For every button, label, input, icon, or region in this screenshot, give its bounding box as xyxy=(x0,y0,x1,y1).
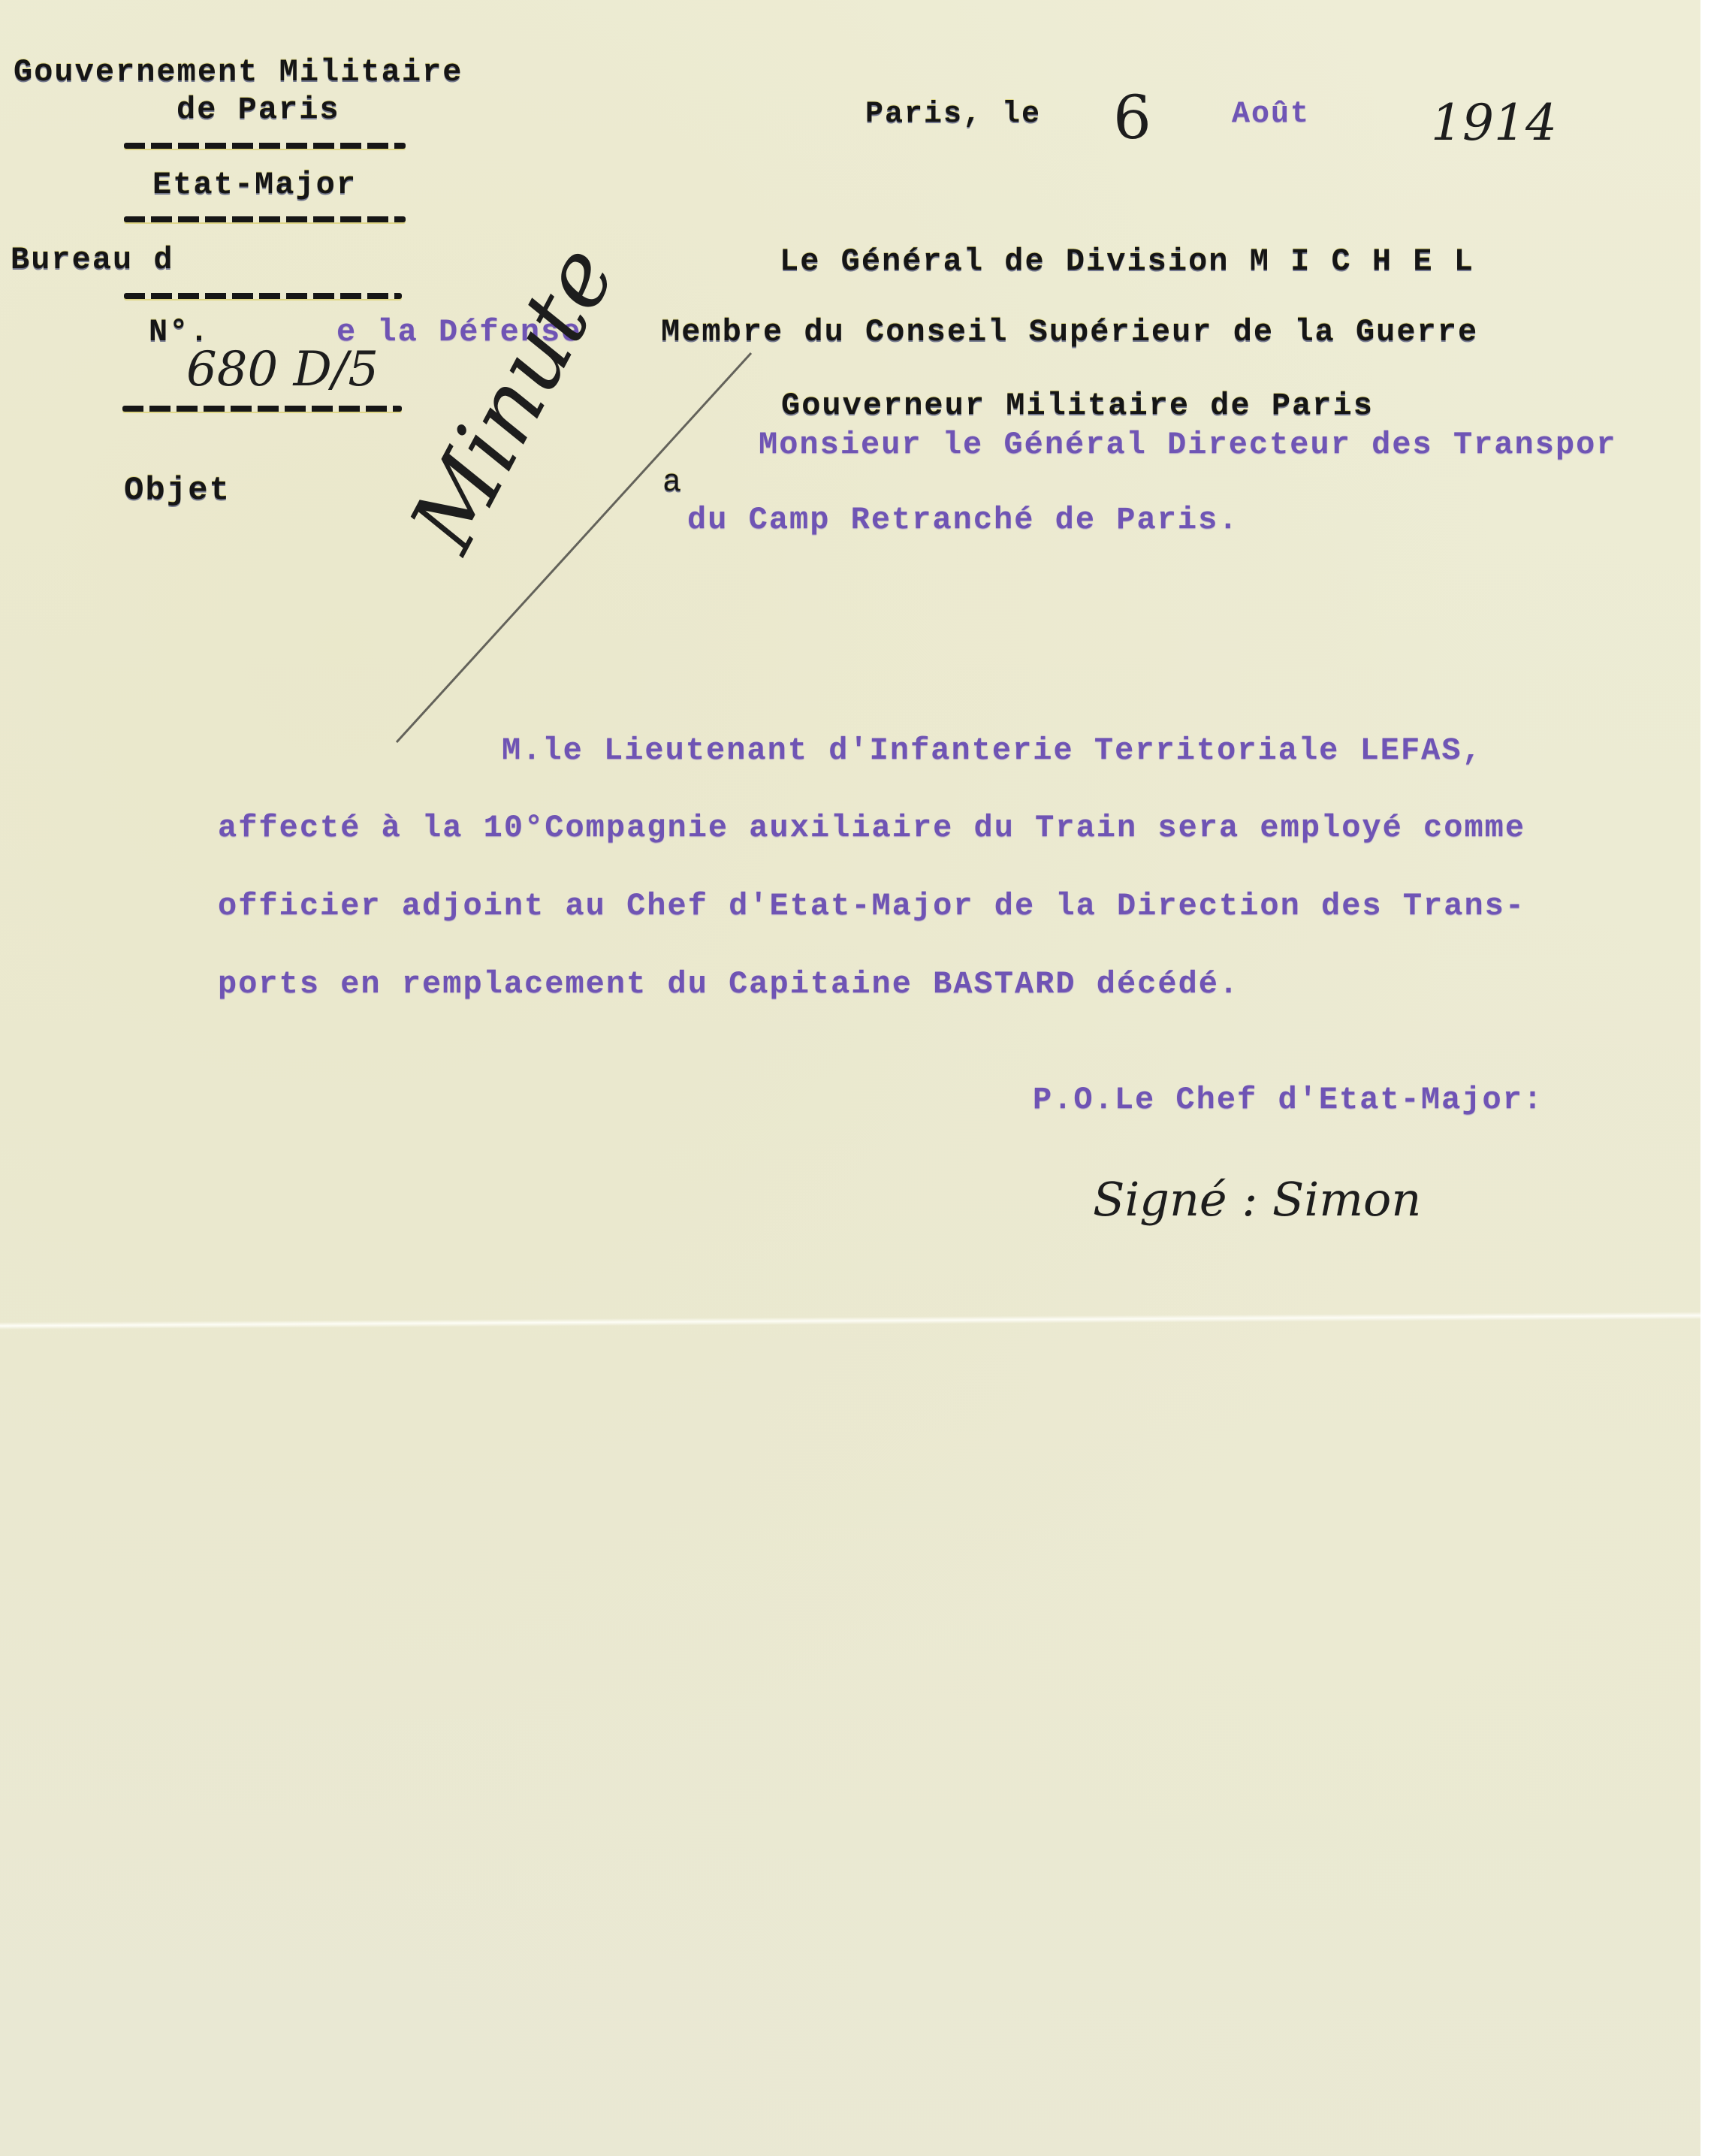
signature: Signé : Simon xyxy=(1093,1172,1421,1227)
rule-divider xyxy=(124,216,406,222)
rule-divider xyxy=(122,406,402,412)
rule-divider xyxy=(124,293,402,299)
bureau-label: Bureau d xyxy=(11,242,174,278)
recipient-prefix: a xyxy=(662,464,683,500)
recipient-line1: Monsieur le Général Directeur des Transp… xyxy=(759,427,1617,463)
sender-line1: Le Général de Division M I C H E L xyxy=(780,243,1474,279)
body-line: ports en remplacement du Capitaine BASTA… xyxy=(218,966,1239,1002)
handwritten-number: 680 D/5 xyxy=(186,342,379,397)
closing-line: P.O.Le Chef d'Etat-Major: xyxy=(1033,1082,1543,1118)
date-place: Paris, le xyxy=(865,98,1041,131)
date-year: 1914 xyxy=(1431,94,1557,152)
rule-divider xyxy=(124,143,406,149)
letterhead-line1: Gouvernement Militaire xyxy=(14,54,463,90)
letterhead-line2: de Paris xyxy=(177,92,340,128)
date-day: 6 xyxy=(1113,83,1151,152)
recipient-line2: du Camp Retranché de Paris. xyxy=(687,502,1239,538)
sender-line2: Membre du Conseil Supérieur de la Guerre xyxy=(661,314,1478,350)
letterhead-line3: Etat-Major xyxy=(152,167,357,203)
sender-line3: Gouverneur Militaire de Paris xyxy=(781,388,1374,424)
body-line: officier adjoint au Chef d'Etat-Major de… xyxy=(218,888,1525,924)
body-line: M.le Lieutenant d'Infanterie Territorial… xyxy=(502,732,1483,768)
date-month: Août xyxy=(1232,98,1310,131)
objet-label: Objet xyxy=(124,472,231,509)
body-line: affecté à la 10°Compagnie auxiliaire du … xyxy=(218,810,1525,846)
